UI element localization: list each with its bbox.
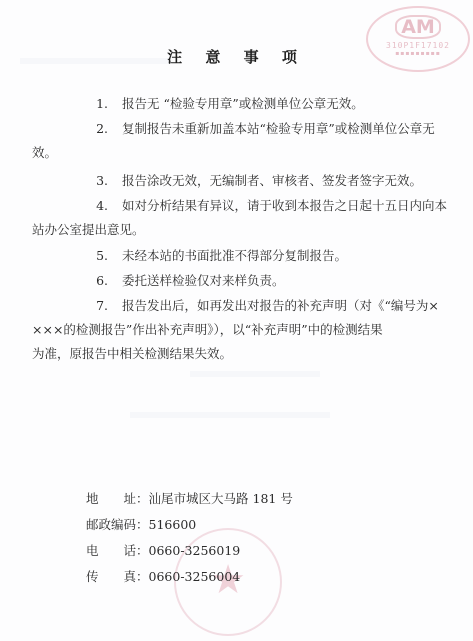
- item-text: 未经本站的书面批准不得部分复制报告。: [122, 248, 347, 263]
- address-value: 汕尾市城区大马路 181 号: [149, 491, 293, 506]
- address-label: 地 址：: [86, 491, 149, 506]
- item-text: 报告发出后，如再发出对报告的补充声明（对《“编号为×: [122, 298, 439, 313]
- item-number: 6.: [82, 269, 122, 293]
- faint-background-line: [190, 371, 320, 377]
- item-text-continued: ×××的检测报告”作出补充声明》），以“补充声明”中的检测结果: [32, 318, 442, 342]
- postcode-value: 516600: [149, 517, 197, 532]
- item-number: 3.: [82, 169, 122, 193]
- item-text: 报告无 “检验专用章”或检测单位公章无效。: [122, 96, 364, 111]
- item-text-continued: 站办公室提出意见。: [32, 218, 442, 242]
- item-text-continued: 为准，原报告中相关检测结果失效。: [32, 342, 442, 366]
- faint-background-line: [130, 412, 330, 418]
- item-number: 4.: [82, 194, 122, 218]
- contact-address: 地 址：汕尾市城区大马路 181 号: [86, 487, 293, 511]
- item-text-continued: 效。: [32, 141, 442, 165]
- contact-fax: 传 真：0660-3256004: [86, 565, 240, 589]
- item-text: 委托送样检验仅对来样负责。: [122, 273, 285, 288]
- page-title: 注 意 事 项: [0, 46, 473, 67]
- phone-label: 电 话：: [86, 543, 149, 558]
- document-page: AM 310P1F17102 ▪▪▪▪▪▪▪▪▪ 注 意 事 项 1.报告无 “…: [0, 0, 473, 641]
- am-stamp-mark: AM: [395, 15, 441, 39]
- item-number: 5.: [82, 244, 122, 268]
- postcode-label: 邮政编码：: [86, 517, 149, 532]
- item-text: 报告涂改无效，无编制者、审核者、签发者签字无效。: [122, 173, 422, 188]
- item-number: 2.: [82, 117, 122, 141]
- notice-item-2: 2.复制报告未重新加盖本站“检验专用章”或检测单位公章无 效。: [32, 117, 442, 165]
- notice-item-3: 3.报告涂改无效，无编制者、审核者、签发者签字无效。: [32, 169, 442, 193]
- notice-item-5: 5.未经本站的书面批准不得部分复制报告。: [32, 244, 442, 268]
- fax-value: 0660-3256004: [149, 569, 241, 584]
- notice-item-7: 7.报告发出后，如再发出对报告的补充声明（对《“编号为× ×××的检测报告”作出…: [32, 294, 442, 366]
- item-number: 7.: [82, 294, 122, 318]
- notice-item-4: 4.如对分析结果有异议，请于收到本报告之日起十五日内向本 站办公室提出意见。: [32, 194, 442, 242]
- item-text: 如对分析结果有异议，请于收到本报告之日起十五日内向本: [122, 198, 447, 213]
- contact-postcode: 邮政编码：516600: [86, 513, 196, 537]
- item-text: 复制报告未重新加盖本站“检验专用章”或检测单位公章无: [122, 121, 435, 136]
- notice-item-1: 1.报告无 “检验专用章”或检测单位公章无效。: [32, 92, 442, 116]
- item-number: 1.: [82, 92, 122, 116]
- notice-item-6: 6.委托送样检验仅对来样负责。: [32, 269, 442, 293]
- fax-label: 传 真：: [86, 569, 149, 584]
- contact-phone: 电 话：0660-3256019: [86, 539, 240, 563]
- phone-value: 0660-3256019: [149, 543, 241, 558]
